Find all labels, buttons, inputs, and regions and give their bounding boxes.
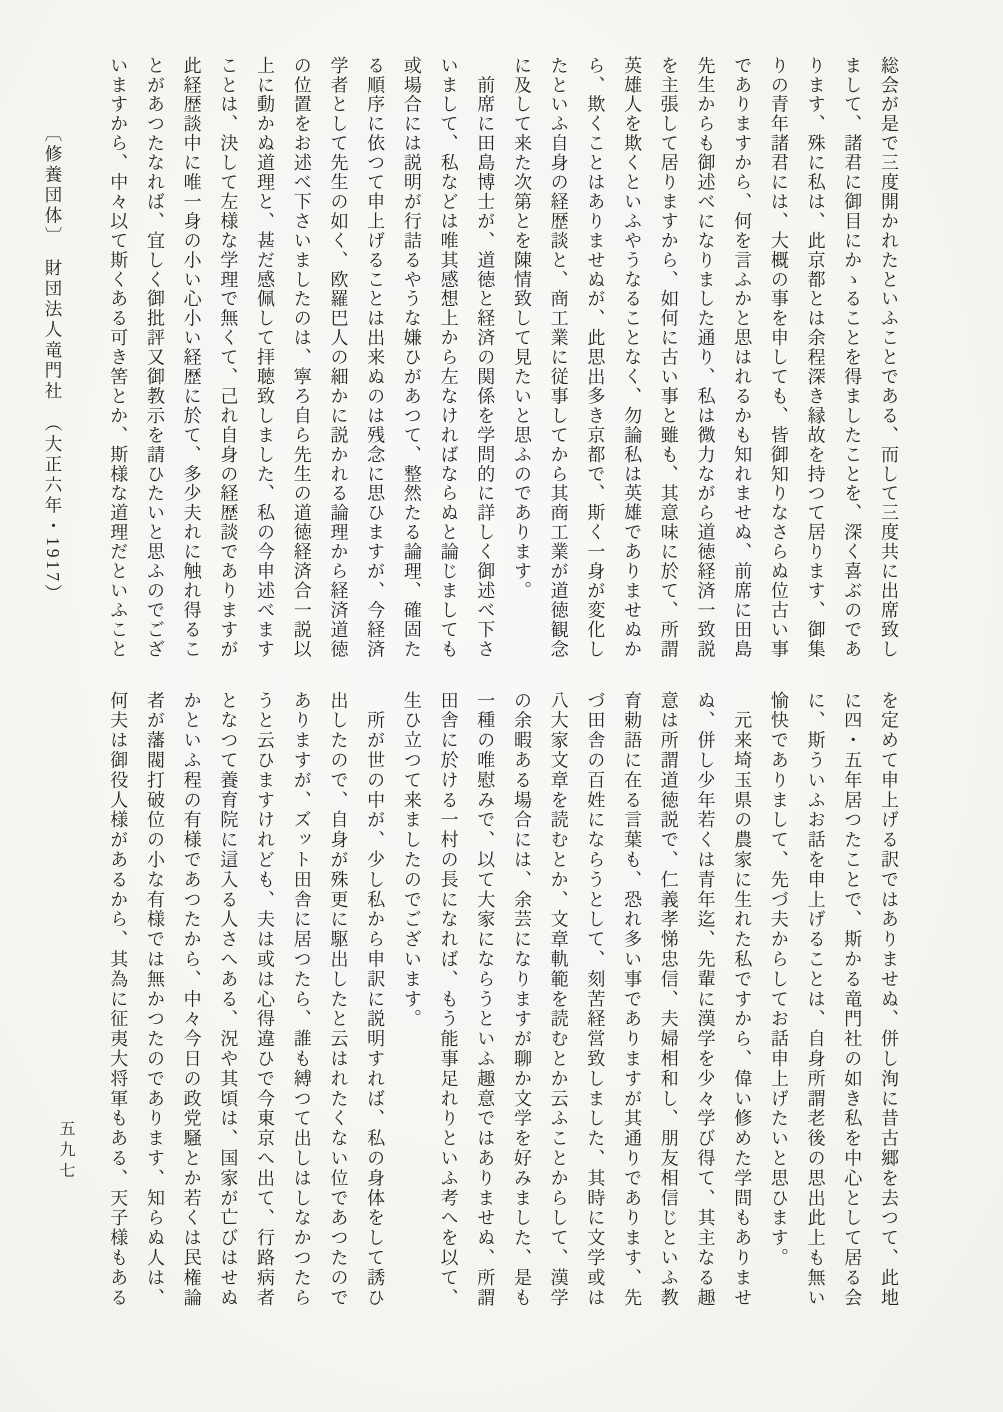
text-column: の位置をお述べ下さいましたのは、寧ろ自ら先生の道徳経済合一説以 [283,56,320,662]
text-column: かといふ程の有様であつたから、中々今日の政党騒とか若くは民権論 [173,691,210,1311]
text-column: 田舎に於ける一村の長になれば、もう能事足れりといふ考へを以て、 [430,691,467,1311]
text-column: 学者として先生の如く、欧羅巴人の細かに説かれる論理から経済道徳 [320,56,357,662]
text-column: 上に動かぬ道理と、甚だ感佩して拝聴致しました、私の今申述べます [246,56,283,662]
document-page: 総会が是で三度開かれたといふことである、而して三度共に出席致しまして、諸君に御目… [0,0,1003,1412]
text-column: ことは、決して左様な学理で無くて、己れ自身の経歴談でありますが [210,56,247,662]
text-column: ります、殊に私は、此京都とは余程深き縁故を持つて居ります、御集 [797,56,834,662]
text-column: る順序に依つて申上げることは出来ぬのは残念に思ひますが、今経済 [356,56,393,662]
text-column: 総会が是で三度開かれたといふことである、而して三度共に出席致し [870,56,907,662]
text-column: 者が藩閥打破位の小な有様では無かつたのであります、知らぬ人は、 [136,691,173,1311]
text-column: 生ひ立つて来ましたのでございます。 [393,691,430,1311]
text-column: 前席に田島博士が、道徳と経済の関係を学問的に詳しく御述べ下さ [467,56,504,662]
text-column: まして、諸君に御目にかゝることを得ましたことを、深く喜ぶのであ [834,56,871,662]
text-column: ぬ、併し少年若くは青年迄、先輩に漢学を少々学び得て、其主なる趣 [687,691,724,1311]
text-column: 先生からも御述べになりました通り、私は微力ながら道徳経済一致説 [687,56,724,662]
text-column: 愉快でありまして、先づ夫からしてお話申上げたいと思ひます。 [760,691,797,1311]
text-column: たといふ自身の経歴談と、商工業に従事してから其商工業が道徳観念 [540,56,577,662]
text-column: を主張して居りますから、如何に古い事と雖も、其意味に於て、所謂 [650,56,687,662]
page-number: 五九七 [54,1120,77,1183]
text-column: 一種の唯慰みで、以て大家にならうといふ趣意ではありませぬ、所謂 [467,691,504,1311]
text-column: に、斯ういふお話を申上げることは、自身所謂老後の思出此上も無い [797,691,834,1311]
text-column: 英雄人を欺くといふやうなることなく、勿論私は英雄でありませぬか [613,56,650,662]
text-column: を定めて申上げる訳ではありませぬ、併し洵に昔古郷を去つて、此地 [870,691,907,1311]
text-column: 八大家文章を読むとか、文章軌範を読むとか云ふことからして、漢学 [540,691,577,1311]
source-annotation: 〔修養団体〕 財団法人竜門社 （大正六年・1917） [41,124,66,605]
text-column: 育勅語に在る言葉も、恐れ多い事でありますが其通りであります、先 [613,691,650,1311]
text-column: いまして、私などは唯其感想上から左なければならぬと論じましても [430,56,467,662]
text-column: でありますから、何を言ふかと思はれるかも知れませぬ、前席に田島 [723,56,760,662]
text-column: に四・五年居つたことで、斯かる竜門社の如き私を中心として居る会 [834,691,871,1311]
text-column: の余暇ある場合には、余芸になりますが聊か文学を好みました、是も [503,691,540,1311]
text-column: となつて養育院に這入る人さへある、況や其頃は、国家が亡びはせぬ [210,691,247,1311]
text-column: 此経歴談中に唯一身の小い心小い経歴に於て、多少夫れに触れ得るこ [173,56,210,662]
text-column: ありますが、ズット田舎に居つたら、誰も縛つて出しはしなかつたら [283,691,320,1311]
text-column: 所が世の中が、少し私から申訳に説明すれば、私の身体をして誘ひ [356,691,393,1311]
text-column: いますから、中々以て斯くある可き筈とか、斯様な道理だといふこと [100,56,137,662]
text-column: とがあつたなれば、宜しく御批評又御教示を請ひたいと思ふのでござ [136,56,173,662]
text-column: に及して来た次第とを陳情致して見たいと思ふのであります。 [503,56,540,662]
text-column: づ田舎の百姓にならうとして、刻苦経営致しました、其時に文学或は [577,691,614,1311]
text-column: 意は所謂道徳説で、仁義孝悌忠信、夫婦相和し、朋友相信じといふ教 [650,691,687,1311]
text-column: うと云ひますけれども、夫は或は心得違ひで今東京へ出て、行路病者 [246,691,283,1311]
text-column: りの青年諸君には、大概の事を申しても、皆御知りなさらぬ位古い事 [760,56,797,662]
text-column: 元来埼玉県の農家に生れた私ですから、偉い修めた学問もありませ [723,691,760,1311]
text-column: 何夫は御役人様があるから、其為に征夷大将軍もある、天子様もある [100,691,137,1311]
text-column: 出したので、自身が殊更に駆出したと云はれたくない位であつたので [320,691,357,1311]
text-block-lower: を定めて申上げる訳ではありませぬ、併し洵に昔古郷を去つて、此地に四・五年居つたこ… [100,691,907,1311]
text-column: ら、欺くことはありませぬが、此思出多き京都で、斯く一身が変化し [577,56,614,662]
text-block-upper: 総会が是で三度開かれたといふことである、而して三度共に出席致しまして、諸君に御目… [100,56,907,662]
text-column: 或場合には説明が行詰るやうな嫌ひがあつて、整然たる論理、確固た [393,56,430,662]
